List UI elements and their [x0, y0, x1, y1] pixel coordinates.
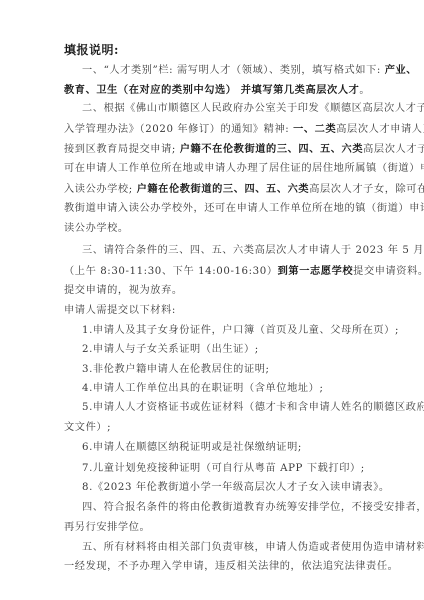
document-line: 教街道申请入读公办学校外，还可在申请人工作单位所在地的镇（街道）申请入 [64, 202, 364, 216]
text: 2.申请人与子女关系证明（出生证）; [82, 344, 259, 355]
document-line: 再另行安排学位。 [64, 521, 364, 535]
text: （上午 8:30-11:30、下午 14:00-16:30） [64, 266, 278, 277]
document-line: 文文件）; [64, 421, 364, 435]
text: 7.儿童计划免疫接种证明（可自行从粤苗 APP 下载打印）; [82, 463, 365, 474]
text: 4.申请人工作单位出具的在职证明（含单位地址）; [82, 383, 324, 394]
document-line: 读公办学校。 [64, 222, 364, 236]
document-title: 填报说明: [64, 43, 364, 57]
text: 。 [359, 85, 370, 96]
text: 提交申请资料。逾期不 [353, 266, 424, 277]
text: 接到区教育局提交申请; [64, 144, 180, 155]
document-line: 入读公办学校; 户籍在伦教街道的三、四、五、六类高层次人才子女，除可在伦 [64, 182, 364, 197]
text: 6.申请人在顺德区纳税证明或是社保缴纳证明; [82, 442, 302, 453]
text: 可在申请人工作单位所在地或申请人办理了居住证的居住地所属镇（街道）申请 [64, 163, 424, 174]
text: 一、“人才类别”栏: 需写明人才（领域）、类别，填写格式如下: [82, 65, 385, 76]
text: 再另行安排学位。 [64, 522, 150, 533]
document-line: 7.儿童计划免疫接种证明（可自行从粤苗 APP 下载打印）; [82, 462, 382, 476]
text: 读公办学校。 [64, 223, 129, 234]
bold-text: 到第一志愿学校 [278, 265, 354, 277]
text: 五、所有材料将由相关部门负责审核，申请人伪造或者使用伪造申请材料的， [82, 542, 424, 553]
bold-text: 户籍不在伦教街道的三、四、五、六类 [180, 143, 363, 155]
document-line: 2.申请人与子女关系证明（出生证）; [82, 343, 382, 357]
text: 5.申请人人才资格证书或佐证材料（德才卡和含申请人姓名的顺德区政府发 [82, 402, 424, 413]
bold-text: 填报说明: [64, 43, 119, 57]
text: 教街道申请入读公办学校外，还可在申请人工作单位所在地的镇（街道）申请入 [64, 203, 424, 214]
document-line: 5.申请人人才资格证书或佐证材料（德才卡和含申请人姓名的顺德区政府发 [82, 401, 382, 415]
document-line: 入学管理办法》（2020 年修订）的通知》精神: 一、二类高层次人才申请人直 [64, 122, 364, 137]
document-line: （上午 8:30-11:30、下午 14:00-16:30）到第一志愿学校提交申… [64, 264, 364, 279]
text: 四、符合报名条件的将由伦教街道教育办统筹安排学位，不接受安排者，不 [82, 502, 424, 513]
text: 一经发现，不予办理入学申请，违反相关法律的，依法追究法律责任。 [64, 561, 398, 572]
document-line: 提交申请的，视为放弃。 [64, 284, 364, 298]
document-line: 二、根据《佛山市顺德区人民政府办公室关于印发《顺德区高层次人才子女 [82, 102, 382, 116]
document-line: 1.申请人及其子女身份证件，户口簿（首页及儿童、父母所在页）; [82, 324, 382, 338]
document-line: 可在申请人工作单位所在地或申请人办理了居住证的居住地所属镇（街道）申请 [64, 162, 364, 176]
text: 二、根据《佛山市顺德区人民政府办公室关于印发《顺德区高层次人才子女 [82, 103, 424, 114]
text: 高层次人才申请人直 [336, 124, 424, 135]
document-line: 接到区教育局提交申请; 户籍不在伦教街道的三、四、五、六类高层次人才子女， [64, 142, 364, 157]
text: 3.非伦教户籍申请人在伦教居住的证明; [82, 364, 270, 375]
document-line: 教育、卫生（在对应的类别中勾选） 并填写第几类高层次人才。 [64, 83, 364, 98]
text: 高层次人才子女，除可在伦 [309, 184, 424, 195]
text: 8.《2023 年伦教街道小学一年级高层次人才子女入读申请表》。 [82, 482, 390, 493]
text: 申请人需提交以下材料: [64, 305, 176, 316]
document-line: 五、所有材料将由相关部门负责审核，申请人伪造或者使用伪造申请材料的， [82, 541, 382, 555]
text: 文文件）; [64, 422, 111, 433]
document-line: 三、请符合条件的三、四、五、六类高层次人才申请人于 2023 年 5 月 6 日 [82, 244, 382, 258]
document-line: 4.申请人工作单位出具的在职证明（含单位地址）; [82, 382, 382, 396]
text: 高层次人才子女， [363, 144, 424, 155]
text: 入读公办学校; [64, 184, 137, 195]
document-line: 一经发现，不予办理入学申请，违反相关法律的，依法追究法律责任。 [64, 560, 364, 574]
bold-text: 产业、 [385, 64, 417, 76]
document-line: 8.《2023 年伦教街道小学一年级高层次人才子女入读申请表》。 [82, 481, 382, 495]
text: 提交申请的，视为放弃。 [64, 285, 183, 296]
bold-text: 户籍在伦教街道的三、四、五、六类 [137, 183, 310, 195]
text: 三、请符合条件的三、四、五、六类高层次人才申请人于 2023 年 5 月 6 日 [82, 245, 424, 256]
document-line: 一、“人才类别”栏: 需写明人才（领域）、类别，填写格式如下: 产业、 [82, 63, 382, 78]
document-line: 申请人需提交以下材料: [64, 304, 364, 318]
text: 1.申请人及其子女身份证件，户口簿（首页及儿童、父母所在页）; [82, 325, 399, 336]
document-line: 3.非伦教户籍申请人在伦教居住的证明; [82, 363, 382, 377]
bold-text: 教育、卫生（在对应的类别中勾选） 并填写第几类高层次人才 [64, 84, 359, 96]
document-line: 6.申请人在顺德区纳税证明或是社保缴纳证明; [82, 441, 382, 455]
bold-text: 一、二类 [293, 123, 336, 135]
text: 入学管理办法》（2020 年修订）的通知》精神: [64, 124, 293, 135]
document-line: 四、符合报名条件的将由伦教街道教育办统筹安排学位，不接受安排者，不 [82, 501, 382, 515]
